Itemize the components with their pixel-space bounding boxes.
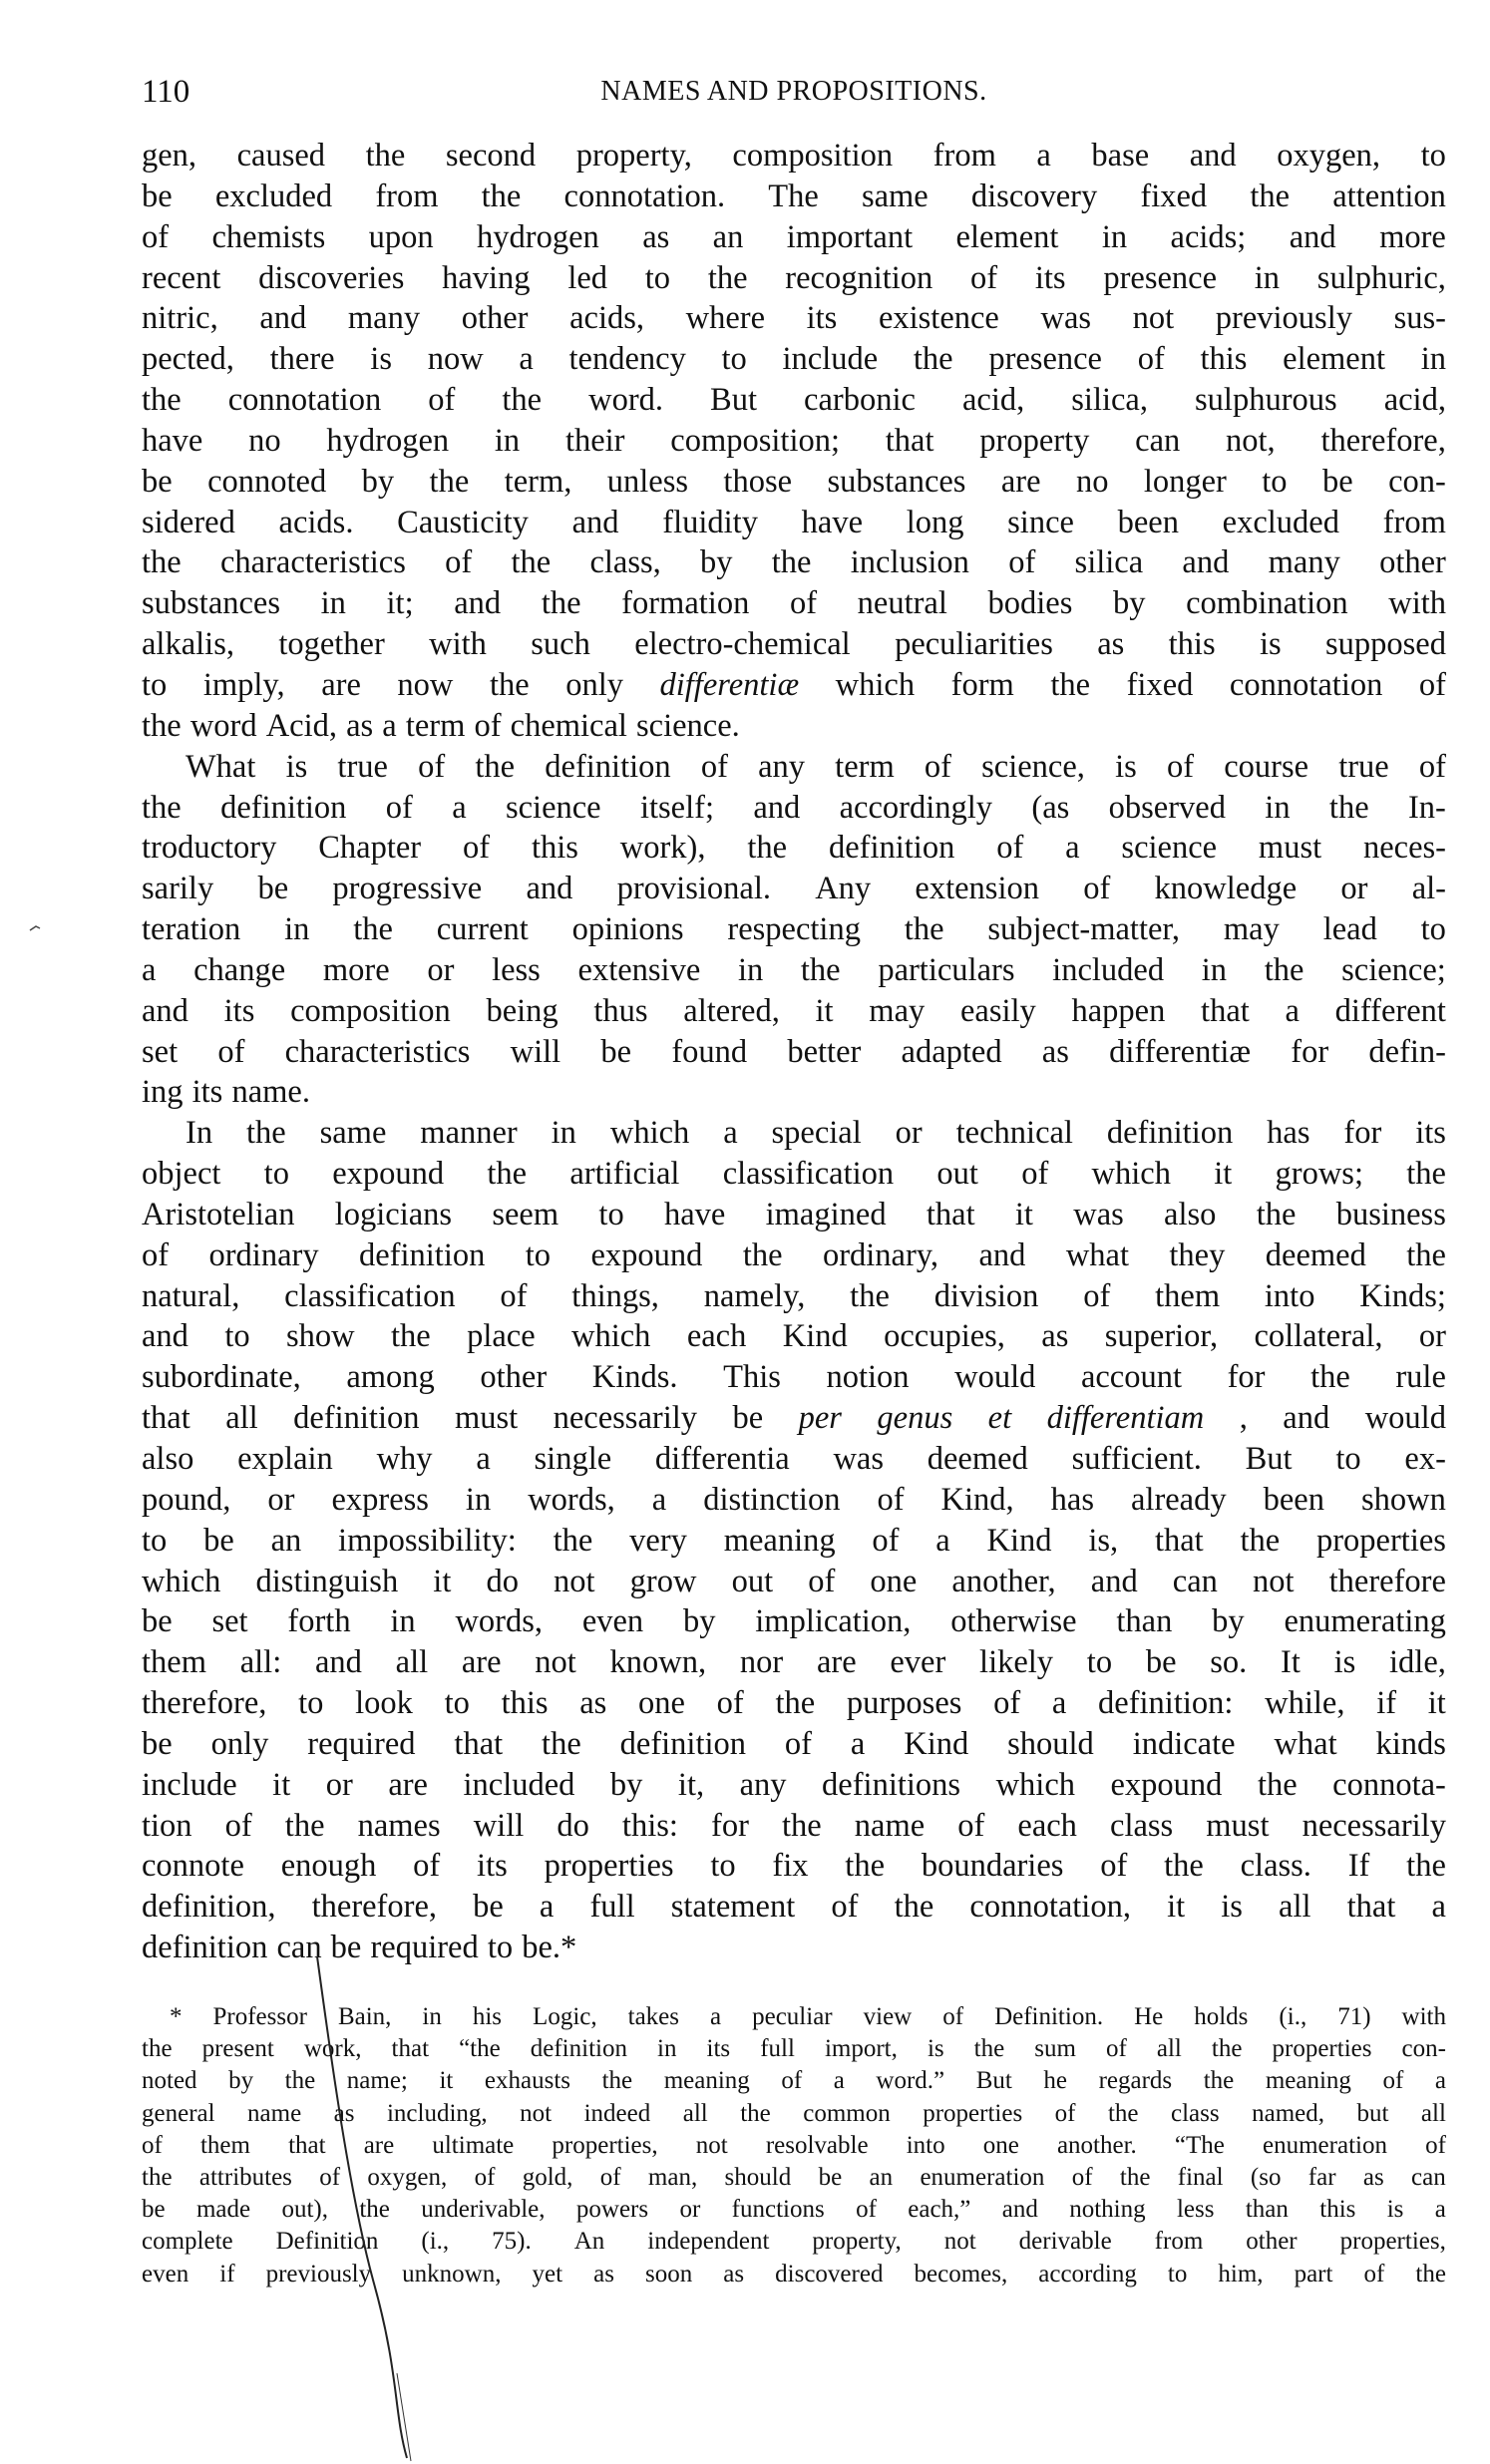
text-line: theattributesofoxygen,ofgold,ofman,shoul… — [142, 2162, 1446, 2194]
text-line: subordinate,amongotherKinds.Thisnotionwo… — [142, 1357, 1446, 1398]
text-line: pound,orexpressinwords,adistinctionofKin… — [142, 1480, 1446, 1521]
text-line: objecttoexpoundtheartificialclassificati… — [142, 1154, 1446, 1195]
text-line: connoteenoughofitspropertiestofixtheboun… — [142, 1846, 1446, 1887]
text-line: *ProfessorBain,inhisLogic,takesapeculiar… — [142, 2001, 1446, 2033]
text-line: substancesinit;andtheformationofneutralb… — [142, 583, 1446, 624]
page-header: 110 NAMES AND PROPOSITIONS. — [142, 70, 1446, 114]
text-line: andtoshowtheplacewhicheachKindoccupies,a… — [142, 1316, 1446, 1357]
text-line: bemadeout),theunderivable,powersorfuncti… — [142, 2194, 1446, 2226]
margin-mark — [30, 926, 40, 930]
text-line: whichdistinguishitdonotgrowoutofoneanoth… — [142, 1562, 1446, 1602]
text-line: achangemoreorlessextensiveintheparticula… — [142, 950, 1446, 991]
text-line: toimply,arenowtheonlydifferentiæwhichfor… — [142, 665, 1446, 706]
main-text: gen,causedthesecondproperty,compositionf… — [142, 136, 1446, 1968]
text-line: Inthesamemannerinwhichaspecialortechnica… — [142, 1113, 1446, 1154]
text-line: thatalldefinitionmustnecessarilybepergen… — [142, 1398, 1446, 1439]
text-line: Aristotelianlogiciansseemtohaveimaginedt… — [142, 1195, 1446, 1235]
text-line: ingitsname. — [142, 1072, 1446, 1113]
running-title: NAMES AND PROPOSITIONS. — [142, 70, 1446, 114]
text-line: ofchemistsuponhydrogenasanimportanteleme… — [142, 217, 1446, 258]
text-line: thecharacteristicsoftheclass,bytheinclus… — [142, 542, 1446, 583]
text-line: includeitorareincludedbyit,anydefinition… — [142, 1765, 1446, 1806]
text-line: recentdiscoverieshavingledtotherecogniti… — [142, 258, 1446, 299]
text-line: terationinthecurrentopinionsrespectingth… — [142, 909, 1446, 950]
text-line: besetforthinwords,evenbyimplication,othe… — [142, 1601, 1446, 1642]
text-line: pected,thereisnowatendencytoincludethepr… — [142, 339, 1446, 380]
text-line: tionofthenameswilldothis:forthenameofeac… — [142, 1806, 1446, 1847]
footnote: *ProfessorBain,inhisLogic,takesapeculiar… — [142, 2001, 1446, 2290]
text-line: gen,causedthesecondproperty,compositionf… — [142, 136, 1446, 176]
text-line: definition,therefore,beafullstatementoft… — [142, 1887, 1446, 1928]
text-line: themall:andallarenotknown,norareeverlike… — [142, 1642, 1446, 1683]
text-line: theconnotationoftheword.Butcarbonicacid,… — [142, 380, 1446, 421]
text-line: ofthemthatareultimateproperties,notresol… — [142, 2130, 1446, 2162]
text-line: definitioncanberequiredtobe.* — [142, 1928, 1446, 1968]
text-line: beexcludedfromtheconnotation.Thesamedisc… — [142, 176, 1446, 217]
text-line: evenifpreviouslyunknown,yetassoonasdisco… — [142, 2259, 1446, 2290]
text-line: sarilybeprogressiveandprovisional.Anyext… — [142, 869, 1446, 909]
text-line: sideredacids.Causticityandfluidityhavelo… — [142, 503, 1446, 543]
text-line: anditscompositionbeingthusaltered,itmaye… — [142, 991, 1446, 1032]
text-line: Whatistrueofthedefinitionofanytermofscie… — [142, 747, 1446, 788]
text-line: generalnameasincluding,notindeedalltheco… — [142, 2098, 1446, 2130]
text-line: beconnotedbytheterm,unlessthosesubstance… — [142, 462, 1446, 503]
text-line: natural,classificationofthings,namely,th… — [142, 1276, 1446, 1317]
text-line: setofcharacteristicswillbefoundbetterada… — [142, 1032, 1446, 1073]
text-line: tobeanimpossibility:theverymeaningofaKin… — [142, 1521, 1446, 1562]
text-line: therefore,tolooktothisasoneofthepurposes… — [142, 1683, 1446, 1724]
text-line: notedbythename;itexhauststhemeaningofawo… — [142, 2065, 1446, 2097]
text-line: havenohydrogenintheircomposition;thatpro… — [142, 421, 1446, 462]
text-line: completeDefinition(i.,75).Anindependentp… — [142, 2226, 1446, 2258]
text-line: troductoryChapterofthiswork),thedefiniti… — [142, 828, 1446, 869]
text-line: nitric,andmanyotheracids,whereitsexisten… — [142, 298, 1446, 339]
text-line: alkalis,togetherwithsuchelectro-chemical… — [142, 624, 1446, 665]
text-line: alsoexplainwhyasingledifferentiawasdeeme… — [142, 1439, 1446, 1480]
text-line: ofordinarydefinitiontoexpoundtheordinary… — [142, 1235, 1446, 1276]
text-line: thepresentwork,that“thedefinitioninitsfu… — [142, 2033, 1446, 2065]
text-line: thedefinitionofascienceitself;andaccordi… — [142, 788, 1446, 829]
text-line: thewordAcid,asatermofchemicalscience. — [142, 706, 1446, 747]
text-line: beonlyrequiredthatthedefinitionofaKindsh… — [142, 1724, 1446, 1765]
